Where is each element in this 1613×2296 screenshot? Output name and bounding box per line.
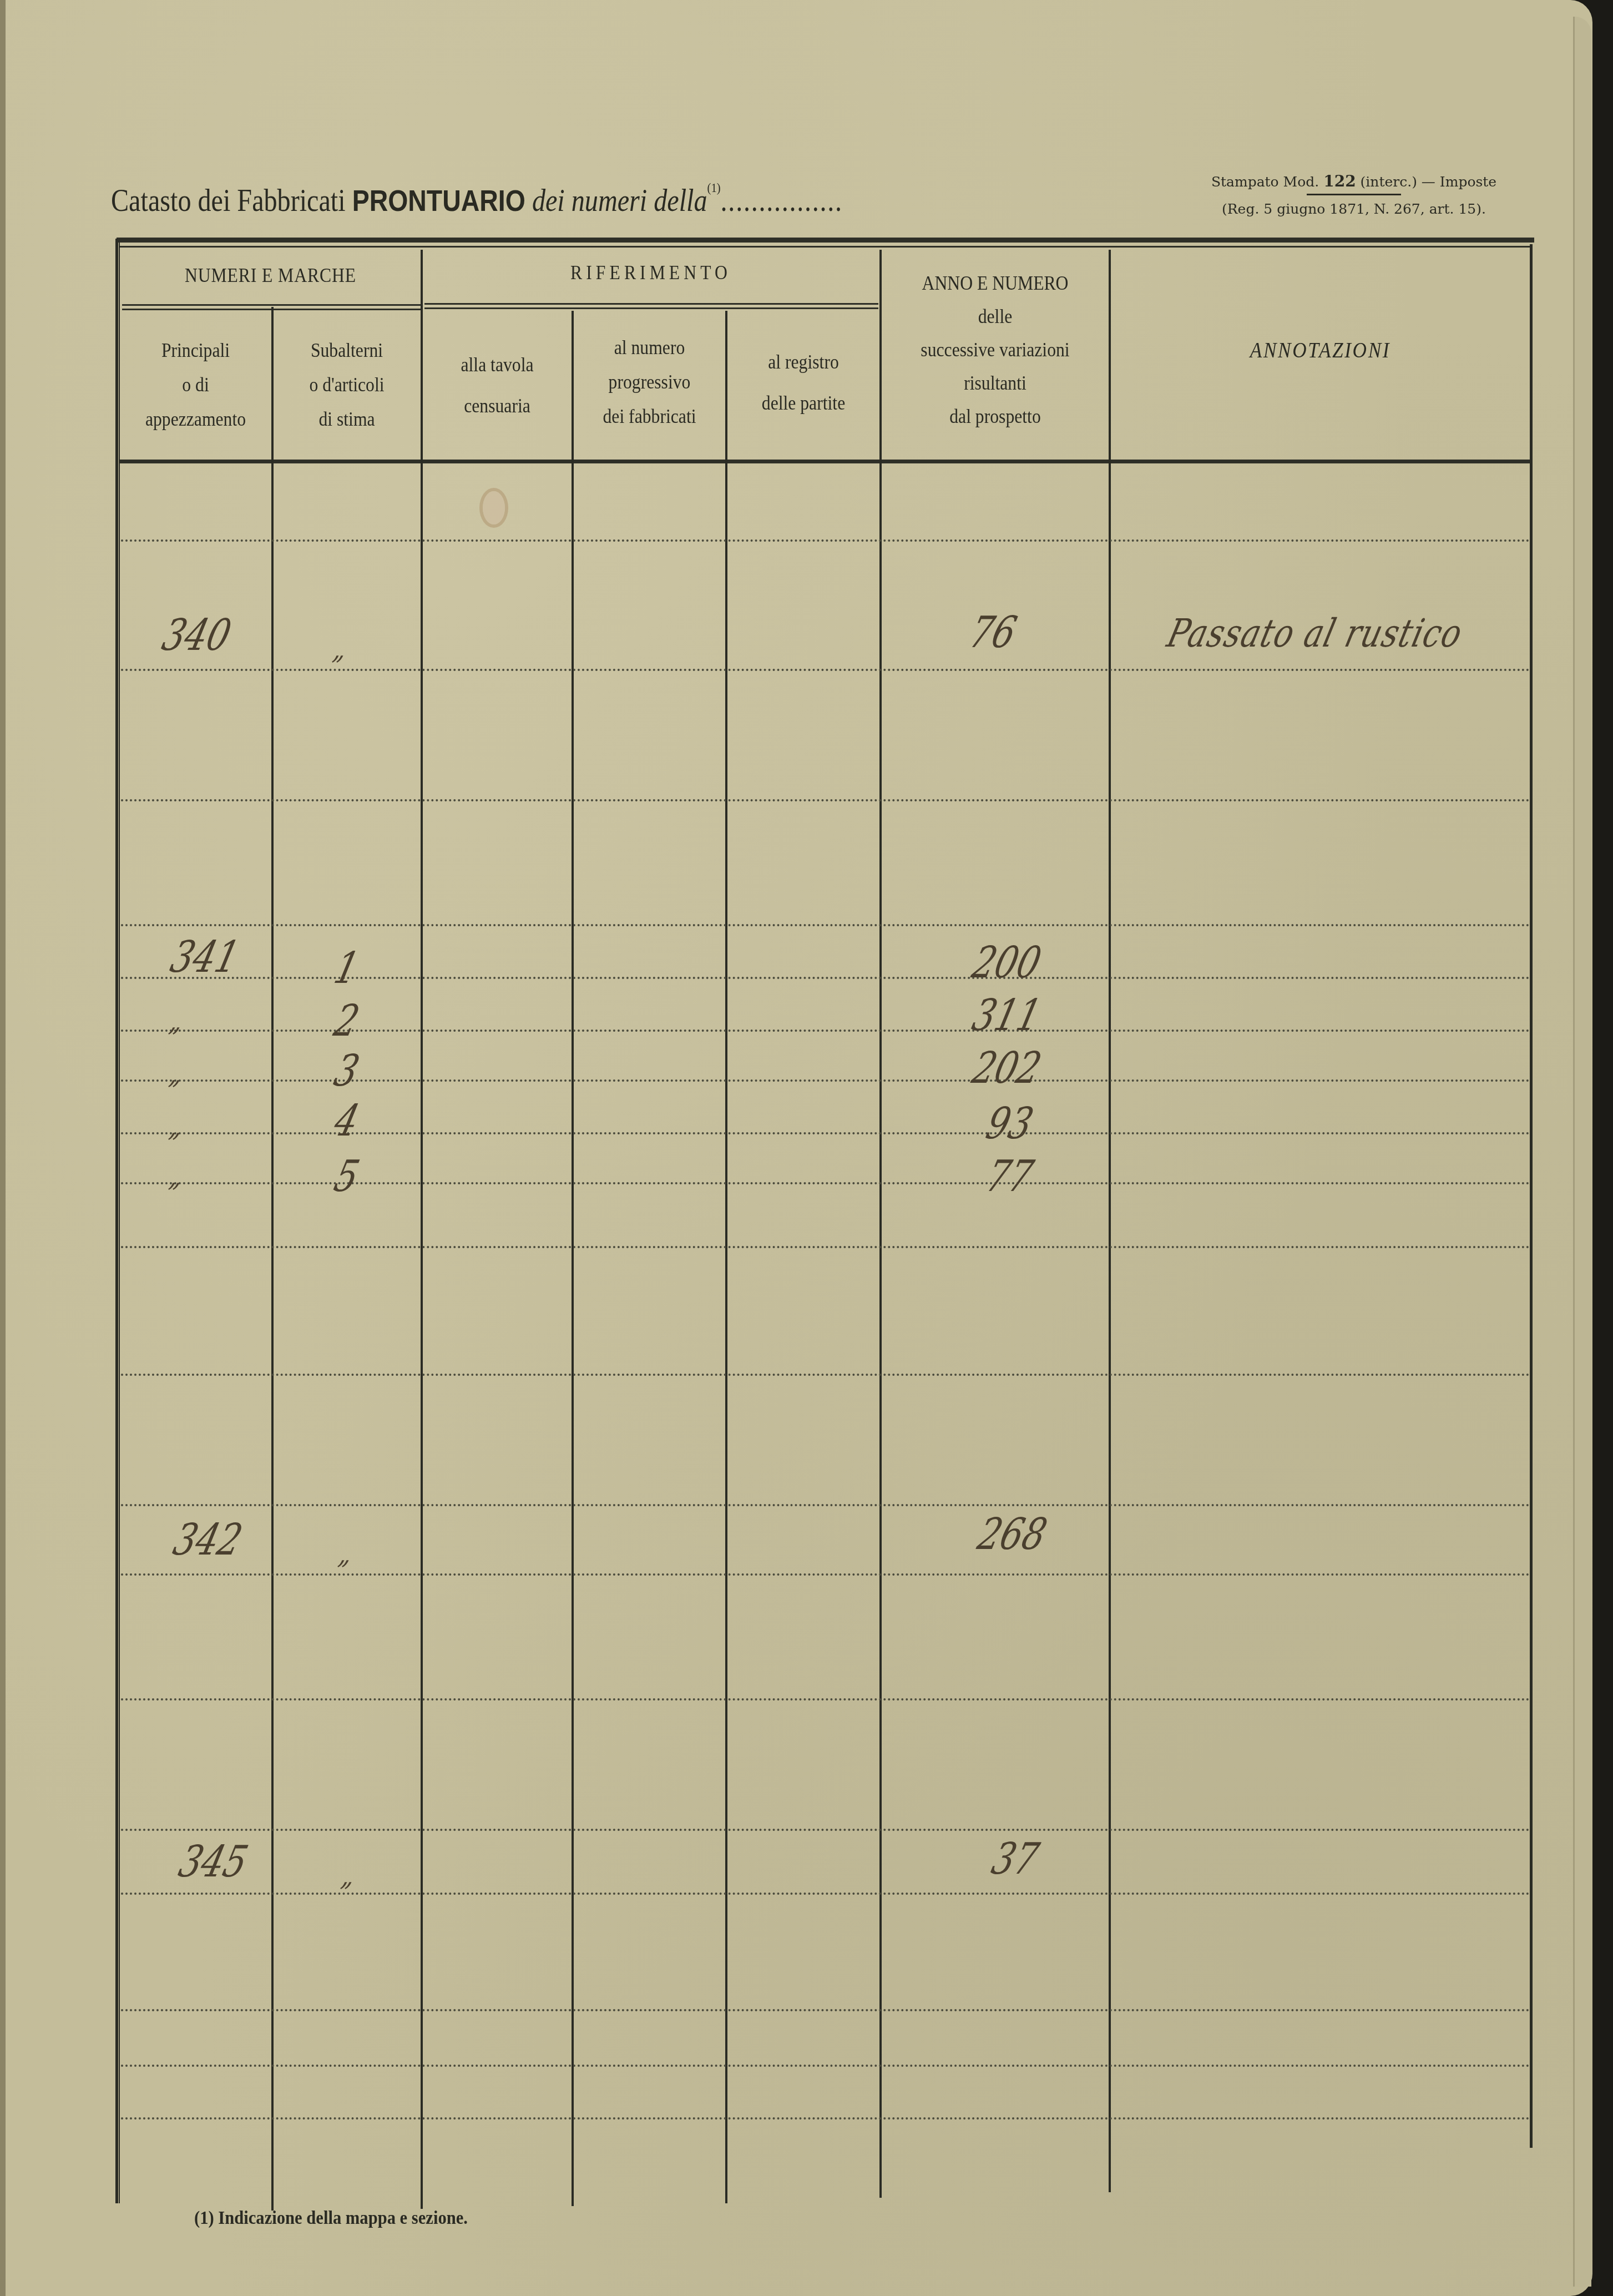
row-342-subalterno: „ [336,1537,356,1571]
row-345-variazioni: 37 [987,1834,1044,1884]
table-top-rule [117,238,1534,243]
row-line [121,1698,1530,1700]
row-341-1-principale: 341 [166,932,245,982]
row-line [121,1829,1530,1831]
group-rule-riferimento [424,303,878,305]
paper-stain [483,491,505,524]
col-divider-1 [271,307,274,2211]
row-340-variazioni: 76 [965,608,1022,658]
stamp-regulation: (Reg. 5 giugno 1871, N. 267, art. 15). [1204,201,1504,217]
title-footnote-ref: (1) [707,181,721,195]
page-left-edge [0,0,6,2296]
form-title: Catasto dei Fabbricati PRONTUARIO dei nu… [111,183,843,219]
form-stamp: Stampato Mod. 122 (interc.) — Imposte (R… [1204,172,1504,217]
row-line [121,1182,1530,1184]
col-header-tavola-censuaria: alla tavola censuaria [432,344,563,426]
row-line [121,1030,1530,1032]
row-line [121,1374,1530,1376]
stamp-rule [1307,194,1401,195]
row-line [121,924,1530,926]
row-line [121,2117,1530,2120]
row-340-subalterno: „ [330,633,351,666]
row-line [121,1573,1530,1576]
row-341-2-subalterno: 2 [330,996,364,1046]
group-rule-riferimento-2 [424,307,878,309]
row-line [121,669,1530,671]
row-341-3-principale: „ [166,1057,187,1091]
col-divider-3 [572,311,574,2206]
stamp-model-number: 122 [1323,172,1356,190]
col-header-numero-progressivo: al numero progressivo dei fabbricati [583,330,716,433]
col-header-annotazioni: ANNOTAZIONI [1136,333,1504,367]
row-342-variazioni: 268 [973,1510,1052,1560]
row-line [121,977,1530,979]
page-right-edge [1573,17,1591,2287]
stamp-label: Stampato Mod. [1211,174,1319,190]
col-header-principali: Principali o di appezzamento [129,333,263,436]
row-line [121,539,1530,542]
row-341-2-variazioni: 311 [968,991,1046,1041]
row-line [121,2065,1530,2067]
row-line [121,2009,1530,2011]
col-divider-2 [421,250,423,2209]
title-fill-line: ................ [721,184,843,218]
row-341-1-variazioni: 200 [968,938,1046,988]
table-right-border [1530,244,1533,2148]
row-342-principale: 342 [169,1515,247,1565]
title-italic: dei numeri della [532,184,707,218]
row-341-1-subalterno: 1 [330,943,364,993]
table-left-border [115,239,118,2203]
row-341-4-variazioni: 93 [982,1099,1038,1149]
row-341-5-variazioni: 77 [982,1152,1038,1202]
row-line [121,1893,1530,1895]
col-divider-4 [725,311,727,2203]
table-left-border-inner [119,239,120,2203]
title-bold: PRONTUARIO [352,184,525,218]
row-341-2-principale: „ [166,1005,187,1038]
group-header-numeri-e-marche: NUMERI E MARCHE [138,258,404,292]
title-prefix: Catasto dei Fabbricati [111,184,346,218]
footnote: (1) Indicazione della mappa e sezione. [194,2208,468,2229]
group-rule-numeri [122,304,421,306]
row-341-4-subalterno: 4 [330,1096,364,1146]
col-header-anno-numero: ANNO E NUMERO delle successive variazion… [896,266,1095,433]
row-341-4-principale: „ [166,1110,187,1143]
row-line [121,1079,1530,1082]
row-341-3-subalterno: 3 [330,1046,364,1096]
row-line [121,1504,1530,1506]
row-341-3-variazioni: 202 [968,1043,1046,1093]
group-header-riferimento: RIFERIMENTO [450,255,851,290]
table-top-rule-inner [119,246,1531,248]
row-340-principale: 340 [158,610,236,660]
col-header-registro-partite: al registro delle partite [736,341,870,423]
row-340-annotazione: Passato al rustico [1163,610,1468,656]
stamp-suffix: (interc.) — Imposte [1361,174,1497,190]
row-345-principale: 345 [174,1837,253,1887]
row-line [121,799,1530,801]
header-bottom-rule [119,460,1531,463]
row-line [121,1246,1530,1248]
row-345-subalterno: „ [338,1859,359,1893]
document-page: Catasto dei Fabbricati PRONTUARIO dei nu… [0,0,1592,2296]
col-divider-5 [879,250,882,2198]
row-341-5-principale: „ [166,1160,187,1193]
col-header-subalterni: Subalterni o d'articoli di stima [282,333,412,436]
row-341-5-subalterno: 5 [330,1152,364,1202]
